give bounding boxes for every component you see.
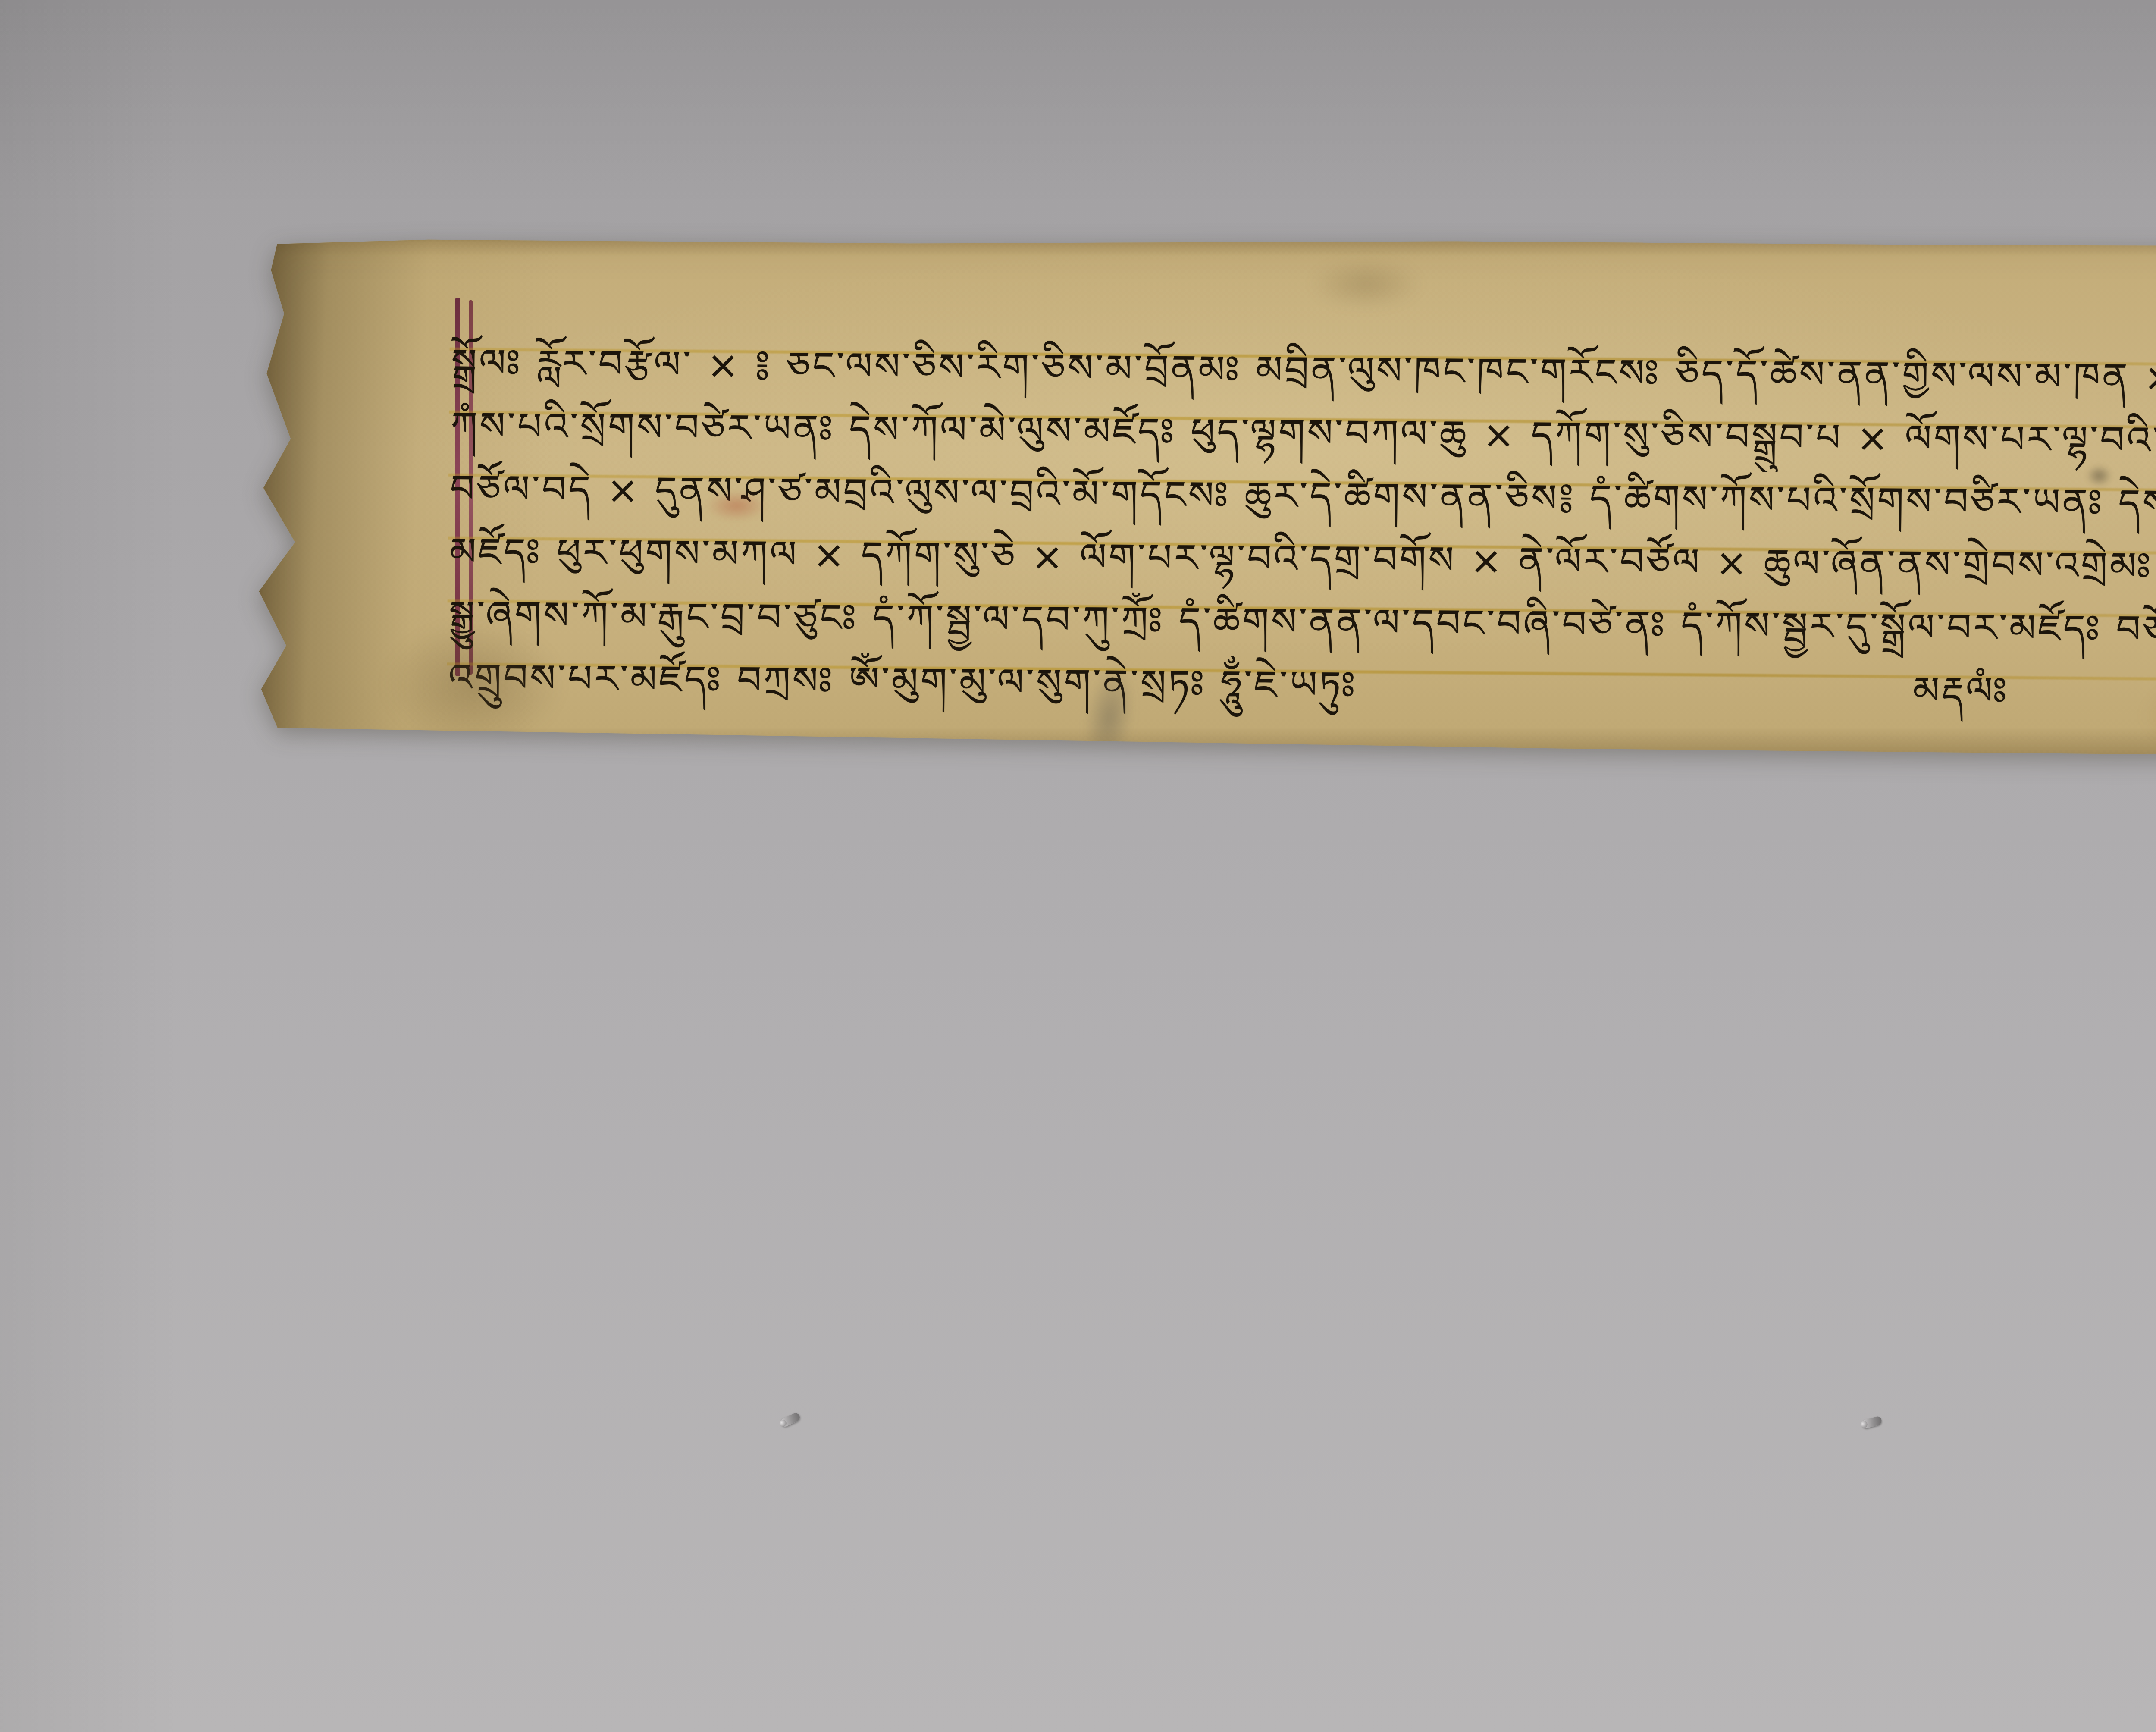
foxing-patch (1310, 258, 1422, 310)
tibetan-text-line-3: བཙོལ་བདེ × དུནས་ཤ་ཙ་མབྲའི་ལུས་ལ་བྲའི་མོ་… (450, 467, 2156, 527)
tibetan-text-line-2: ཀཾས་པའི་སྲོགས་བཙེར་ཡནཿ དེས་ཀོལ་མེ་ལུས་མཛ… (451, 404, 2156, 465)
tibetan-text-line-4: མཛོདཿ ཕུར་ཕུགས་མཀལ × དཀོག་སུ་ཅེ × ལོག་པར… (449, 530, 2156, 592)
mounting-pin-right (1861, 1415, 1883, 1429)
tibetan-text-line-1: སྒྲོལཿ རློར་བརྩོལ་ × ༔ ཅང་ལས་ཅིས་རིག་ཅིས… (451, 341, 2156, 401)
manuscript-folio: སྒྲོལཿ རློར་བརྩོལ་ × ༔ ཅང་ལས་ཅིས་རིག་ཅིས… (254, 232, 2156, 776)
tibetan-text-line-6-tail: མརྡལཾཿ (1912, 668, 2009, 713)
folio-paper: སྒྲོལཿ རློར་བརྩོལ་ × ༔ ཅང་ལས་ཅིས་རིག་ཅིས… (254, 232, 2156, 776)
tibetan-text-line-5: སྒྱུ་ཞེགས་ཀོ་མ་རྒུང་བྲ་བ་ཙུངཿ དཾ་ཀོ་སྦྱ་… (449, 593, 2156, 653)
mounting-pin-left (780, 1412, 801, 1428)
tibetan-text-line-6: འགྲུབས་པར་མཛོདཿ བཀྲསཿ ཨོཾ་མུག་མུ་ལ་སུག་ན… (448, 656, 1358, 707)
text-block: སྒྲོལཿ རློར་བརྩོལ་ × ༔ ཅང་ལས་ཅིས་རིག་ཅིས… (446, 335, 2156, 810)
photo-of-tibetan-manuscript: { "scene": { "subject": "Tibetan pecha m… (0, 0, 2156, 1732)
